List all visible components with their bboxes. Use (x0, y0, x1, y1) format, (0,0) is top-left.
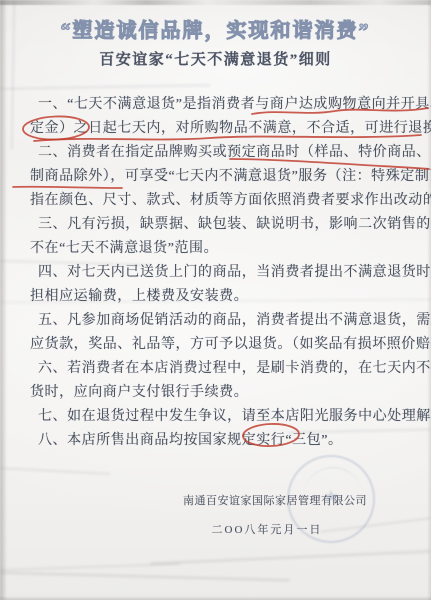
body-line: 货时，应向商户支付银行手续费。 (30, 381, 430, 405)
scan-edge-bottom (0, 596, 431, 600)
paragraph-2: 二、消费者在指定品牌购买或预定商品时（样品、特价商品、特殊定 制商品除外），可享… (30, 141, 430, 213)
body-line: 八、本店所售出商品均按国家规定实行“三包”。 (30, 429, 430, 453)
paper-crease (0, 563, 180, 571)
scan-edge-left (0, 0, 7, 600)
paragraph-3: 三、凡有污损，缺票据、缺包装、缺说明书，影响二次销售的商品， 不在“七天不满意退… (30, 213, 430, 261)
body-line: 一、“七天不满意退货”是指消费者与商户达成购物意向并开具单据（含 (30, 93, 430, 117)
paragraph-4: 四、对七天内已送货上门的商品，当消费者提出不满意退货时，应承 担相应运输费，上楼… (30, 261, 430, 309)
paper-crease (0, 571, 290, 582)
scan-edge-top (0, 0, 431, 5)
paragraph-1: 一、“七天不满意退货”是指消费者与商户达成购物意向并开具单据（含 定金）之日起七… (30, 93, 430, 141)
scanned-document-page: “塑造诚信品牌，实现和谐消费” 百安谊家“七天不满意退货”细则 一、“七天不满意… (0, 0, 431, 600)
paper-crease (0, 467, 110, 475)
body-line: 二、消费者在指定品牌购买或预定商品时（样品、特价商品、特殊定 (30, 141, 430, 165)
paper-crease (0, 84, 210, 90)
paragraph-8: 八、本店所售出商品均按国家规定实行“三包”。 (30, 429, 430, 453)
body-line: 制商品除外），可享受“七天内不满意退货”服务（注：特殊定制商品 (30, 165, 430, 189)
document-body: 一、“七天不满意退货”是指消费者与商户达成购物意向并开具单据（含 定金）之日起七… (30, 93, 430, 453)
paragraph-7: 七、如在退货过程中发生争议，请至本店阳光服务中心处理解决。 (30, 405, 430, 429)
company-name: 南通百安谊家国际家居管理有限公司 (183, 492, 351, 508)
body-line: 六、若消费者在本店消费过程中，是刷卡消费的，在七天内不满意退 (30, 357, 430, 381)
document-date: 二OO八年元月一日 (183, 521, 351, 537)
body-line: 四、对七天内已送货上门的商品，当消费者提出不满意退货时，应承 (30, 261, 430, 285)
paragraph-5: 五、凡参加商场促销活动的商品，消费者提出不满意退货，需返还相 应货款，奖品、礼品… (30, 309, 430, 357)
body-line: 七、如在退货过程中发生争议，请至本店阳光服务中心处理解决。 (30, 405, 430, 429)
body-line: 应货款，奖品、礼品等，方可予以退货。（如奖品有损坏照价赔偿）。 (30, 333, 430, 357)
body-line: 担相应运输费，上楼费及安装费。 (30, 285, 430, 309)
body-line: 指在颜色、尺寸、款式、材质等方面依照消费者要求作出改动的商品）。 (30, 189, 430, 213)
body-line: 定金）之日起七天内，对所购物品不满意，不合适，可进行退换。 (30, 117, 430, 141)
body-line: 不在“七天不满意退货”范围。 (30, 237, 430, 261)
body-line: 三、凡有污损，缺票据、缺包装、缺说明书，影响二次销售的商品， (30, 213, 430, 237)
body-line: 五、凡参加商场促销活动的商品，消费者提出不满意退货，需返还相 (30, 309, 430, 333)
paragraph-6: 六、若消费者在本店消费过程中，是刷卡消费的，在七天内不满意退 货时，应向商户支付… (30, 357, 430, 405)
document-subtitle: 百安谊家“七天不满意退货”细则 (0, 48, 431, 69)
paper-crease (150, 550, 431, 565)
document-slogan-title: “塑造诚信品牌，实现和谐消费” (0, 14, 431, 43)
signature-block: 南通百安谊家国际家居管理有限公司 二OO八年元月一日 (183, 492, 351, 537)
